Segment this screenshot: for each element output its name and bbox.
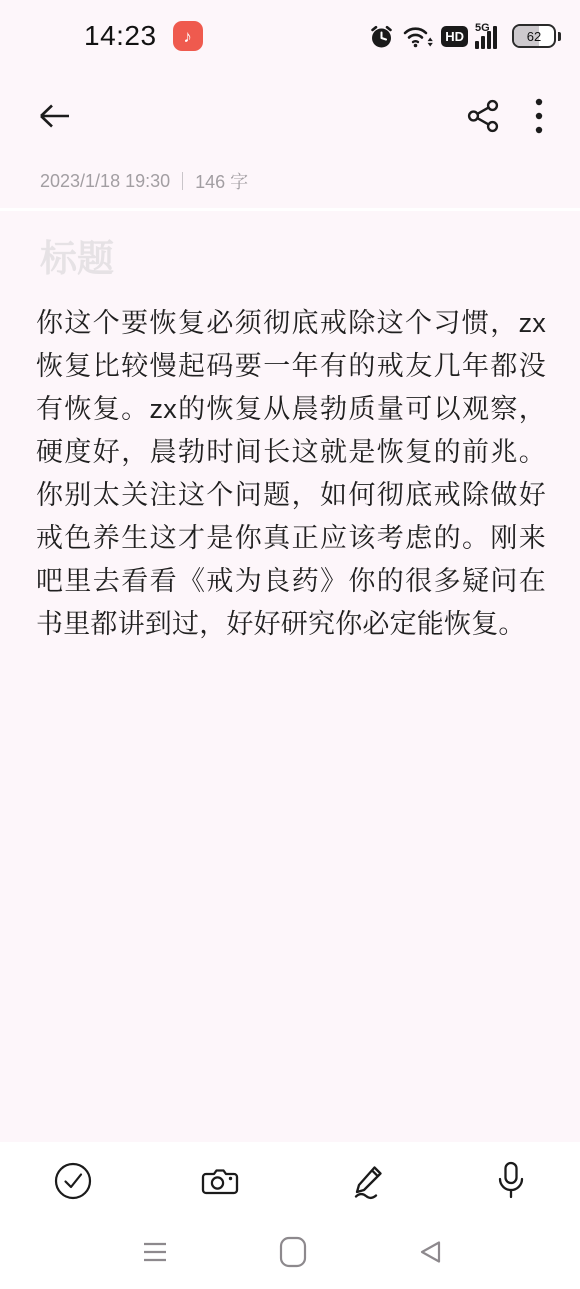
note-meta: 2023/1/18 19:30 146 字 bbox=[40, 168, 540, 194]
hd-badge: HD bbox=[441, 26, 468, 47]
more-menu-icon[interactable] bbox=[534, 97, 544, 135]
note-datetime: 2023/1/18 19:30 bbox=[40, 171, 170, 192]
back-triangle-icon[interactable] bbox=[400, 1238, 460, 1266]
recents-lines-icon[interactable] bbox=[125, 1242, 185, 1262]
battery-icon: 62 bbox=[512, 24, 556, 48]
todo-check-circle-icon[interactable] bbox=[53, 1161, 93, 1201]
note-body-input[interactable]: 你这个要恢复必须彻底戒除这个习惯，zx恢复比较慢起码要一年有的戒友几年都没有恢复… bbox=[36, 302, 546, 646]
signal-strength-icon: 5G bbox=[475, 23, 505, 50]
wifi-icon bbox=[402, 23, 434, 50]
music-note-icon: ♪ bbox=[173, 21, 203, 51]
header-divider bbox=[0, 208, 580, 211]
system-nav-bar bbox=[0, 1220, 580, 1289]
share-icon[interactable] bbox=[466, 98, 500, 134]
app-toolbar bbox=[0, 88, 580, 144]
status-time: 14:23 bbox=[84, 20, 157, 52]
title-input[interactable]: 标题 bbox=[40, 228, 540, 282]
bottom-panel bbox=[0, 1142, 580, 1289]
status-icons: HD 5G 62 bbox=[368, 23, 570, 50]
notes-app-screen: 14:23 ♪ HD bbox=[0, 0, 580, 1289]
battery-percent: 62 bbox=[527, 29, 541, 44]
back-arrow-icon[interactable] bbox=[36, 100, 74, 132]
alarm-clock-icon bbox=[368, 23, 395, 50]
meta-separator bbox=[182, 172, 183, 190]
note-char-count: 146 字 bbox=[195, 168, 248, 194]
editor-toolbar bbox=[0, 1142, 580, 1220]
status-bar: 14:23 ♪ HD bbox=[0, 0, 580, 58]
home-square-icon[interactable] bbox=[263, 1236, 323, 1268]
camera-icon[interactable] bbox=[199, 1161, 241, 1201]
microphone-icon[interactable] bbox=[495, 1160, 527, 1202]
doodle-pen-icon[interactable] bbox=[347, 1161, 389, 1201]
